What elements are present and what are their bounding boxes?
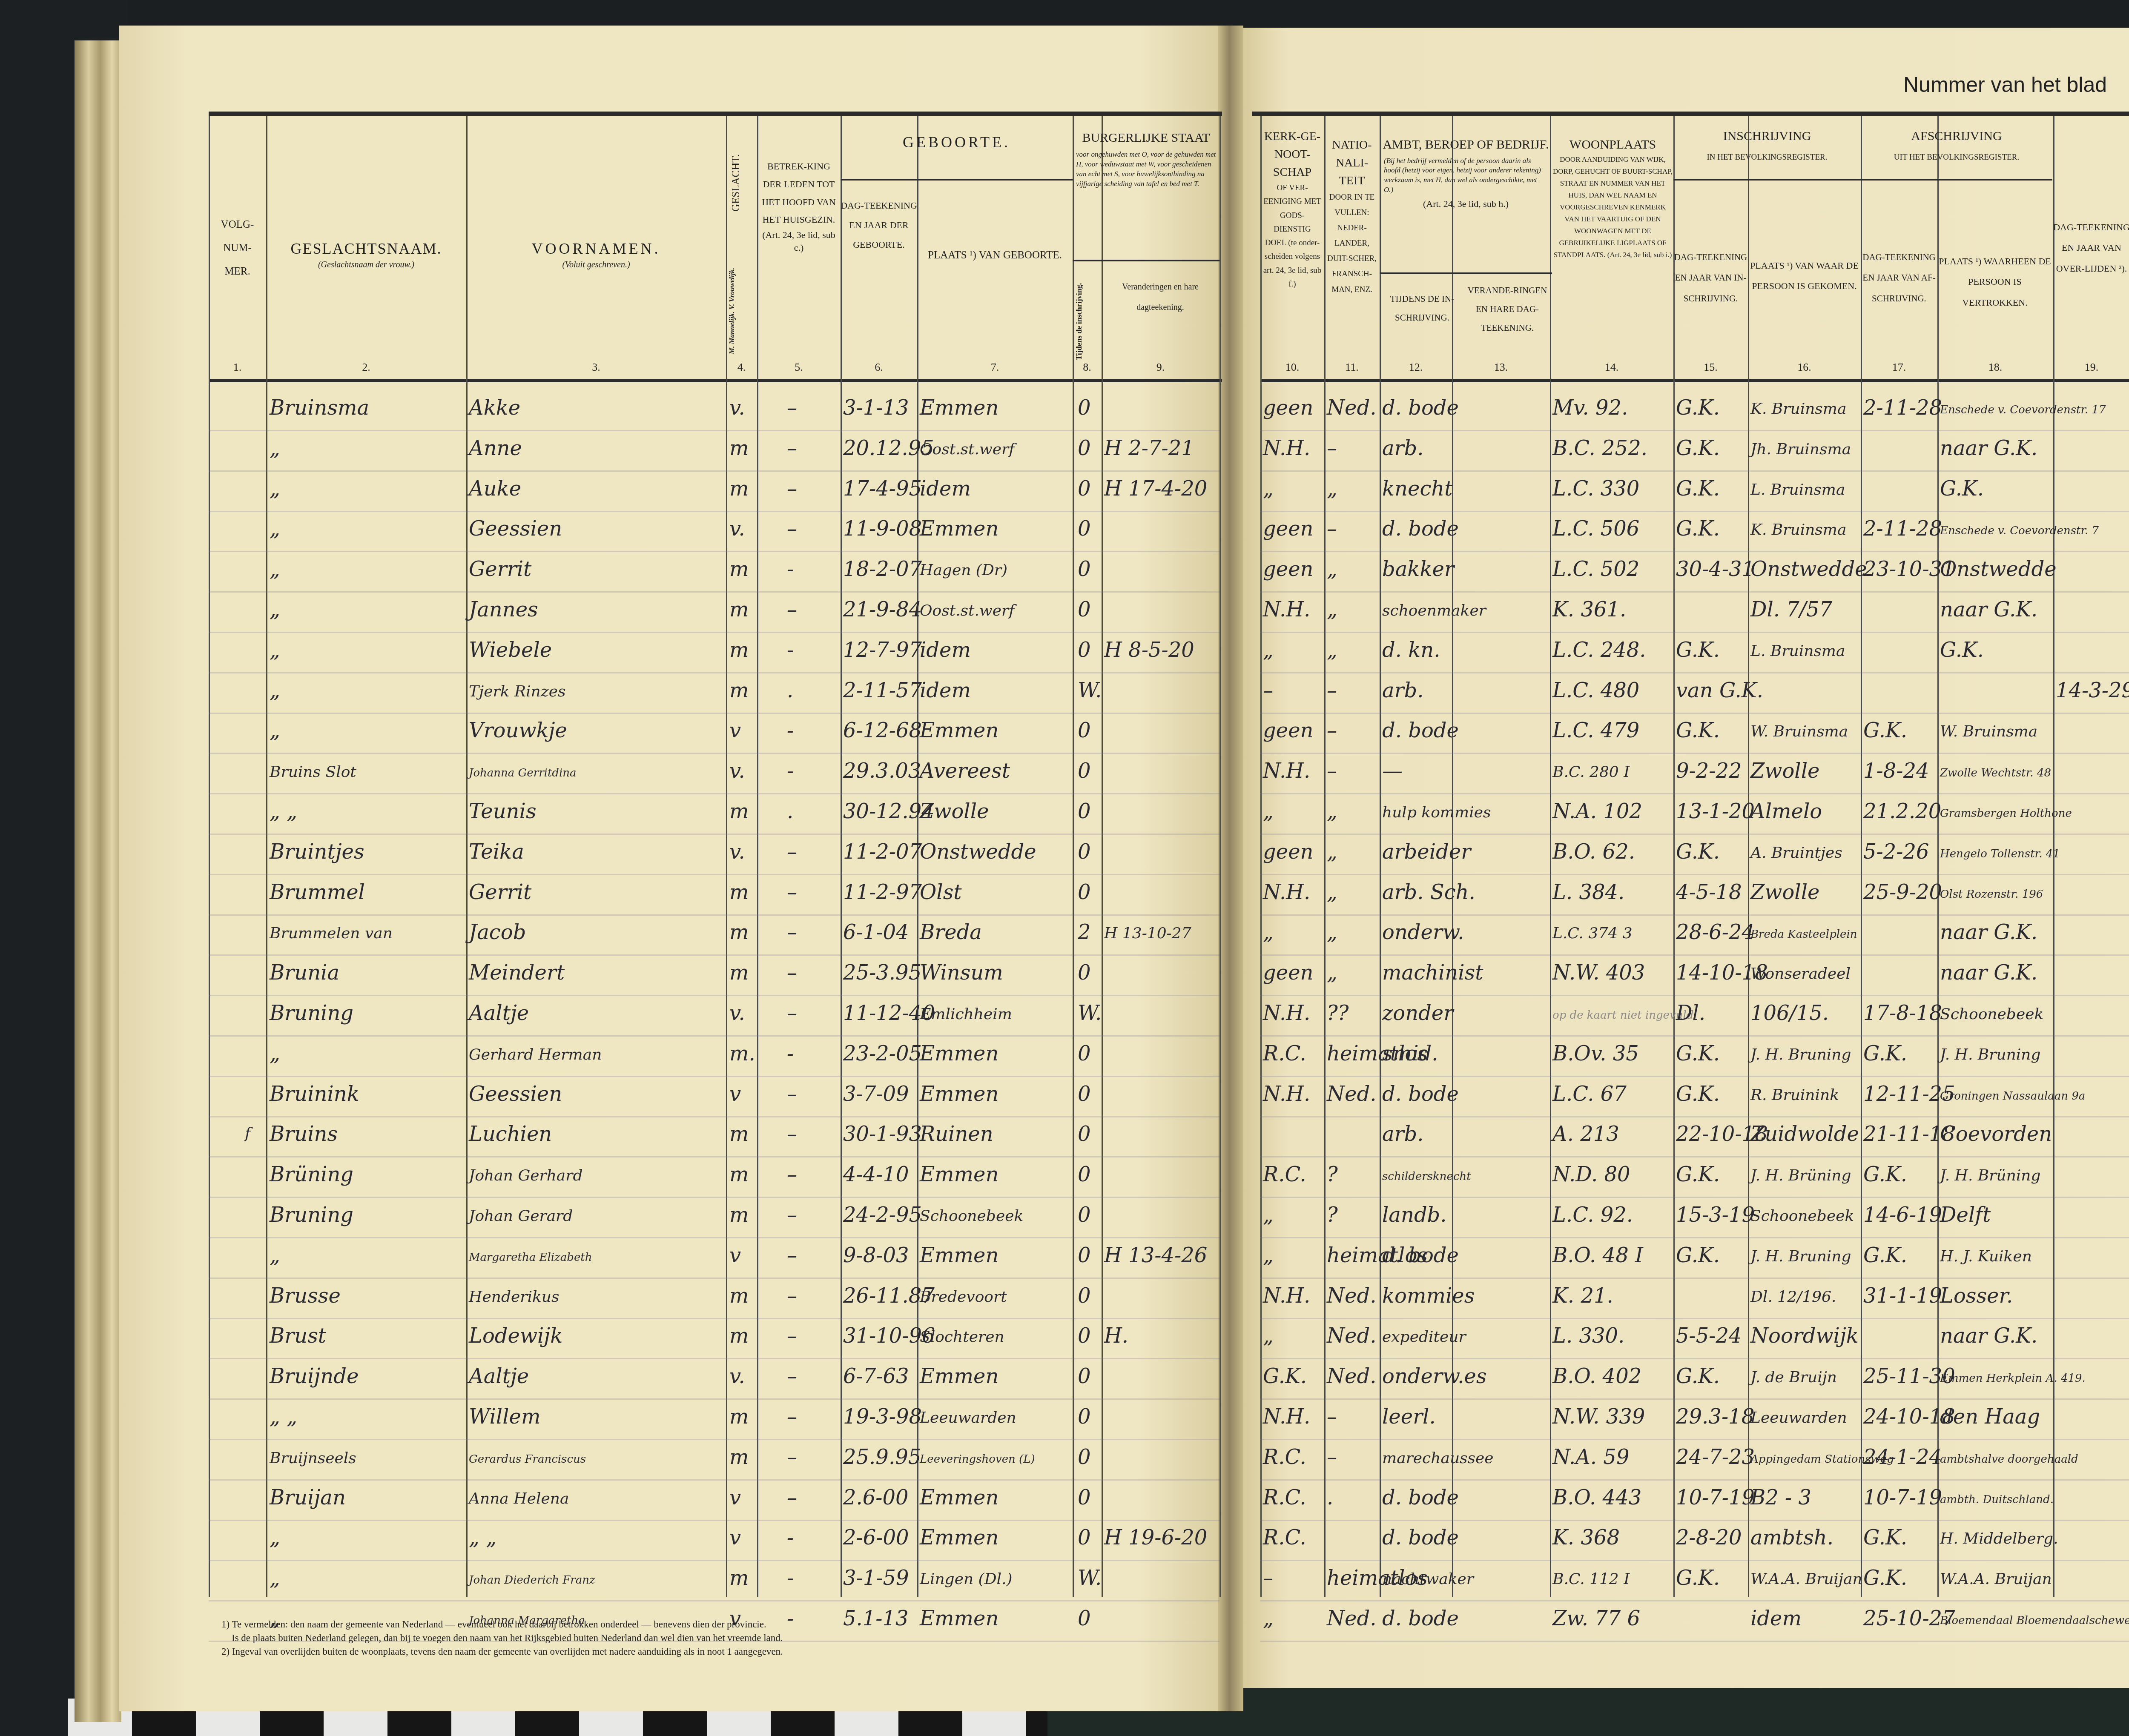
row-31-nationality: Ned. <box>1327 1607 1376 1630</box>
row-guide <box>209 954 1219 956</box>
row-29-birth-place: Emmen <box>920 1526 999 1550</box>
row-4-given-names: Geessien <box>469 517 562 541</box>
row-19-occupation: arb. <box>1382 1122 1424 1146</box>
row-14-nationality: „ <box>1327 920 1337 944</box>
row-25-occupation: onderw.es <box>1382 1364 1487 1388</box>
row-20-civil-status: 0 <box>1078 1163 1091 1186</box>
row-29-address: K. 368 <box>1552 1526 1620 1550</box>
row-13-deregistration-date: 25-9-20 <box>1863 880 1942 904</box>
row-6-birth-place: Oost.st.werf <box>920 602 1015 619</box>
row-27-civil-status: 0 <box>1078 1445 1091 1469</box>
row-11-surname: „ „ <box>270 799 297 823</box>
row-22-birth-date: 9-8-03 <box>843 1243 909 1267</box>
row-guide <box>209 1318 1219 1319</box>
row-24-nationality: Ned. <box>1327 1324 1376 1348</box>
row-12-occupation: arbeider <box>1382 840 1471 864</box>
row-21-registration-date: 15-3-19 <box>1676 1203 1755 1227</box>
row-13-registration-date: 4-5-18 <box>1676 880 1742 904</box>
inschrijving-group-rule <box>1673 179 1861 180</box>
row-26-registration-date: 29.3-18 <box>1676 1405 1754 1429</box>
row-guide <box>1260 954 2129 956</box>
row-28-address: B.O. 443 <box>1552 1486 1641 1510</box>
row-16-surname: Bruning <box>270 1001 353 1025</box>
row-19-relation-to-head: – <box>787 1122 797 1146</box>
row-9-birth-date: 6-12-68 <box>843 719 922 742</box>
row-5-registration-date: 30-4-31 <box>1676 557 1755 581</box>
row-29-registration-date: 2-8-20 <box>1676 1526 1742 1550</box>
row-guide <box>209 1560 1219 1561</box>
row-11-birth-place: Zwolle <box>920 799 989 823</box>
header-col-12: TIJDENS DE IN-SCHRIJVING. <box>1380 289 1465 327</box>
row-18-church: N.H. <box>1263 1082 1310 1106</box>
row-3-relation-to-head: – <box>787 477 797 501</box>
row-9-given-names: Vrouwkje <box>469 719 567 742</box>
column-number-4: 4. <box>726 361 757 374</box>
row-12-given-names: Teika <box>469 840 524 864</box>
row-9-registration-date: G.K. <box>1676 719 1720 742</box>
row-19-birth-date: 30-1-93 <box>843 1122 922 1146</box>
row-2-relation-to-head: – <box>787 436 797 460</box>
row-guide <box>1260 430 2129 431</box>
row-30-birth-date: 3-1-59 <box>843 1566 909 1590</box>
row-27-surname: Bruijnseels <box>270 1450 356 1467</box>
row-31-address: Zw. 77 6 <box>1552 1607 1640 1630</box>
row-16-registration-from: 106/15. <box>1750 1001 1829 1025</box>
row-3-occupation: knecht <box>1382 477 1453 501</box>
row-22-relation-to-head: – <box>787 1243 797 1267</box>
row-13-sex: m <box>729 880 749 904</box>
row-28-registration-from: B2 - 3 <box>1750 1486 1811 1510</box>
row-8-given-names: Tjerk Rinzes <box>469 683 566 700</box>
header-col-17: DAG-TEEKENING EN JAAR VAN AF-SCHRIJVING. <box>1861 247 1937 309</box>
row-guide <box>1260 1398 2129 1400</box>
header-col-3: VOORNAMEN. (Voluit geschreven.) <box>466 238 726 271</box>
row-9-relation-to-head: - <box>787 719 794 742</box>
row-12-sex: v. <box>729 840 745 864</box>
row-24-registration-from: Noordwijk <box>1750 1324 1859 1348</box>
row-5-registration-from: Onstwedde <box>1750 557 1867 581</box>
row-20-address: N.D. 80 <box>1552 1163 1630 1186</box>
row-14-relation-to-head: – <box>787 920 797 944</box>
row-16-deregistration-date: 17-8-18 <box>1863 1001 1942 1025</box>
row-14-sex: m <box>729 920 749 944</box>
row-guide <box>1260 1600 2129 1601</box>
header-col-15: DAG-TEEKENING EN JAAR VAN IN-SCHRIJVING. <box>1673 247 1748 309</box>
row-16-given-names: Aaltje <box>469 1001 529 1025</box>
row-30-registration-date: G.K. <box>1676 1566 1720 1590</box>
row-6-nationality: „ <box>1327 598 1337 622</box>
row-1-deregistration-to: Enschede v. Coevordenstr. 17 <box>1940 404 2106 416</box>
row-20-nationality: ? <box>1327 1163 1338 1186</box>
row-4-surname: „ <box>270 517 280 541</box>
row-25-surname: Bruijnde <box>270 1364 359 1388</box>
row-7-civil-status: 0 <box>1078 638 1091 662</box>
row-1-sex: v. <box>729 396 745 420</box>
row-guide <box>209 914 1219 916</box>
row-20-surname: Brüning <box>270 1163 353 1186</box>
row-19-address: A. 213 <box>1552 1122 1619 1146</box>
column-number-16: 16. <box>1748 361 1861 374</box>
row-15-birth-place: Winsum <box>920 961 1003 985</box>
row-guide <box>1260 1035 2129 1037</box>
row-26-relation-to-head: – <box>787 1405 797 1429</box>
row-24-given-names: Lodewijk <box>469 1324 562 1348</box>
row-24-address: L. 330. <box>1552 1324 1624 1348</box>
row-9-registration-from: W. Bruinsma <box>1750 723 1848 740</box>
row-18-surname: Bruinink <box>270 1082 359 1106</box>
row-30-deregistration-to: W.A.A. Bruijan <box>1940 1570 2052 1588</box>
row-16-address: op de kaart niet ingevuld <box>1552 1009 1693 1022</box>
row-29-church: R.C. <box>1263 1526 1306 1550</box>
row-26-occupation: leerl. <box>1382 1405 1436 1429</box>
column-number-1: 1. <box>209 361 266 374</box>
row-16-nationality: ?? <box>1327 1001 1349 1025</box>
row-6-surname: „ <box>270 598 280 622</box>
row-14-registration-date: 28-6-24 <box>1676 920 1755 944</box>
row-12-registration-from: A. Bruintjes <box>1750 844 1842 862</box>
row-guide <box>209 1035 1219 1037</box>
row-1-civil-status: 0 <box>1078 396 1091 420</box>
row-14-birth-place: Breda <box>920 920 982 944</box>
row-guide <box>209 1156 1219 1157</box>
row-11-registration-date: 13-1-20 <box>1676 799 1755 823</box>
column-divider <box>1380 116 1381 1597</box>
row-4-occupation: d. bode <box>1382 517 1459 541</box>
row-guide <box>1260 551 2129 552</box>
row-3-birth-place: idem <box>920 477 971 501</box>
row-19-surname: Bruins <box>270 1122 338 1146</box>
row-10-registration-date: 9-2-22 <box>1676 759 1742 783</box>
row-guide <box>1260 1237 2129 1238</box>
row-guide <box>209 511 1219 512</box>
row-13-nationality: „ <box>1327 880 1337 904</box>
row-4-birth-place: Emmen <box>920 517 999 541</box>
row-guide <box>209 1479 1219 1481</box>
row-31-occupation: d. bode <box>1382 1607 1459 1630</box>
row-7-civil-status-change: H 8-5-20 <box>1104 638 1194 662</box>
row-8-surname: „ <box>270 679 280 702</box>
row-29-birth-date: 2-6-00 <box>843 1526 909 1550</box>
row-25-birth-place: Emmen <box>920 1364 999 1388</box>
header-col-11: NATIO-NALI-TEIT DOOR IN TE VULLEN: NEDER… <box>1324 136 1380 298</box>
row-12-deregistration-date: 5-2-26 <box>1863 840 1929 864</box>
row-9-occupation: d. bode <box>1382 719 1459 742</box>
page-stack-edge <box>75 40 121 1722</box>
row-17-church: R.C. <box>1263 1042 1306 1066</box>
row-2-sex: m <box>729 436 749 460</box>
row-5-address: L.C. 502 <box>1552 557 1639 581</box>
row-17-deregistration-date: G.K. <box>1863 1042 1907 1066</box>
row-31-deregistration-to: Bloemendaal Bloemendaalscheweg 74 <box>1940 1614 2129 1627</box>
row-25-registration-from: J. de Bruijn <box>1750 1369 1837 1386</box>
row-25-address: B.O. 402 <box>1552 1364 1641 1388</box>
row-7-church: „ <box>1263 638 1274 662</box>
column-number-5: 5. <box>757 361 841 374</box>
row-3-deregistration-to: G.K. <box>1940 477 1984 501</box>
row-21-birth-date: 24-2-95 <box>843 1203 922 1227</box>
row-27-address: N.A. 59 <box>1552 1445 1629 1469</box>
row-guide <box>1260 995 2129 996</box>
row-guide <box>209 793 1219 794</box>
row-27-deregistration-date: 24-1-24 <box>1863 1445 1942 1469</box>
column-divider <box>1748 116 1749 1597</box>
ambt-group-rule <box>1380 272 1552 274</box>
row-guide <box>1260 1318 2129 1319</box>
row-24-birth-place: Slochteren <box>920 1328 1004 1346</box>
row-21-address: L.C. 92. <box>1552 1203 1633 1227</box>
row-2-civil-status: 0 <box>1078 436 1091 460</box>
row-10-given-names: Johanna Gerritdina <box>469 767 577 779</box>
row-17-occupation: smid. <box>1382 1042 1438 1066</box>
row-18-nationality: Ned. <box>1327 1082 1376 1106</box>
row-3-sex: m <box>729 477 749 501</box>
row-31-church: „ <box>1263 1607 1274 1630</box>
row-15-church: geen <box>1263 961 1313 985</box>
row-guide <box>1260 1479 2129 1481</box>
row-26-address: N.W. 339 <box>1552 1405 1645 1429</box>
row-14-address: L.C. 374 3 <box>1552 925 1633 942</box>
column-divider <box>1219 116 1221 1597</box>
row-22-address: B.O. 48 I <box>1552 1243 1643 1267</box>
row-22-sex: v <box>729 1243 741 1267</box>
header-col-14: WOONPLAATS DOOR AANDUIDING VAN WIJK, DOR… <box>1552 136 1673 261</box>
row-11-registration-from: Almelo <box>1750 799 1822 823</box>
row-25-given-names: Aaltje <box>469 1364 529 1388</box>
row-9-church: geen <box>1263 719 1313 742</box>
row-29-surname: „ <box>270 1526 280 1550</box>
column-number-6: 6. <box>841 361 917 374</box>
row-4-relation-to-head: – <box>787 517 797 541</box>
row-guide <box>209 1398 1219 1400</box>
row-10-relation-to-head: - <box>787 759 794 783</box>
row-19-deregistration-to: Coevorden <box>1940 1122 2052 1146</box>
row-30-relation-to-head: - <box>787 1566 794 1590</box>
row-8-civil-status: W. <box>1078 679 1102 702</box>
row-guide <box>209 470 1219 472</box>
row-14-civil-status-change: H 13-10-27 <box>1104 925 1191 942</box>
row-1-birth-place: Emmen <box>920 396 999 420</box>
row-guide <box>1260 834 2129 835</box>
row-6-sex: m <box>729 598 749 622</box>
row-10-deregistration-date: 1-8-24 <box>1863 759 1929 783</box>
row-4-registration-from: K. Bruinsma <box>1750 521 1846 539</box>
row-17-registration-from: J. H. Bruning <box>1750 1046 1851 1063</box>
row-18-given-names: Geessien <box>469 1082 562 1106</box>
header-top-rule-right <box>1252 112 2129 116</box>
row-2-deregistration-to: naar G.K. <box>1940 436 2037 460</box>
row-28-nationality: . <box>1327 1486 1333 1510</box>
row-22-church: „ <box>1263 1243 1274 1267</box>
row-30-deregistration-date: G.K. <box>1863 1566 1907 1590</box>
row-16-sex: v. <box>729 1001 745 1025</box>
row-1-deregistration-date: 2-11-28 <box>1863 396 1942 420</box>
burgerlijke-group-rule <box>1073 260 1219 261</box>
row-24-civil-status: 0 <box>1078 1324 1091 1348</box>
row-16-birth-place: Emlichheim <box>920 1006 1012 1023</box>
header-col-10: KERK-GE-NOOT-SCHAP OF VER-EENIGING MET G… <box>1262 128 1322 291</box>
row-24-sex: m <box>729 1324 749 1348</box>
header-group-inschrijving: INSCHRIJVING IN HET BEVOLKINGSREGISTER. <box>1673 128 1861 163</box>
row-21-civil-status: 0 <box>1078 1203 1091 1227</box>
column-divider <box>841 116 842 1597</box>
row-29-occupation: d. bode <box>1382 1526 1459 1550</box>
row-guide <box>209 1278 1219 1279</box>
column-divider <box>757 116 758 1597</box>
row-24-surname: Brust <box>270 1324 326 1348</box>
row-4-civil-status: 0 <box>1078 517 1091 541</box>
row-guide <box>209 1439 1219 1440</box>
row-28-given-names: Anna Helena <box>469 1490 569 1507</box>
row-26-registration-from: Leeuwarden <box>1750 1409 1847 1427</box>
row-10-civil-status: 0 <box>1078 759 1091 783</box>
column-number-18: 18. <box>1937 361 2053 374</box>
row-4-address: L.C. 506 <box>1552 517 1639 541</box>
row-14-given-names: Jacob <box>469 920 526 944</box>
row-26-deregistration-to: den Haag <box>1940 1405 2040 1429</box>
row-guide <box>209 995 1219 996</box>
row-27-birth-date: 25.9.95 <box>843 1445 921 1469</box>
row-15-relation-to-head: – <box>787 961 797 985</box>
row-11-given-names: Teunis <box>469 799 537 823</box>
row-15-nationality: „ <box>1327 961 1337 985</box>
header-col-4-sub: M. Mannelijk. V. Vrouwelijk. <box>727 264 753 358</box>
row-guide <box>209 591 1219 593</box>
header-col-1: VOLG- NUM- MER. <box>209 213 266 283</box>
row-13-surname: Brummel <box>270 880 365 904</box>
row-13-occupation: arb. Sch. <box>1382 880 1475 904</box>
row-14-deregistration-to: naar G.K. <box>1940 920 2037 944</box>
row-30-surname: „ <box>270 1566 280 1590</box>
row-10-birth-place: Avereest <box>920 759 1010 783</box>
row-8-sex: m <box>729 679 749 702</box>
header-group-ambt: AMBT, BEROEP OF BEDRIJF. (Bij het bedrij… <box>1380 136 1552 210</box>
column-divider <box>266 116 267 1597</box>
row-5-church: geen <box>1263 557 1313 581</box>
column-number-2: 2. <box>266 361 466 374</box>
row-9-address: L.C. 479 <box>1552 719 1639 742</box>
row-12-birth-place: Onstwedde <box>920 840 1036 864</box>
row-26-sex: m <box>729 1405 749 1429</box>
row-11-church: „ <box>1263 799 1274 823</box>
row-22-surname: „ <box>270 1243 280 1267</box>
row-7-sex: m <box>729 638 749 662</box>
row-guide <box>209 1197 1219 1198</box>
row-7-given-names: Wiebele <box>469 638 552 662</box>
row-24-registration-date: 5-5-24 <box>1676 1324 1742 1348</box>
row-1-occupation: d. bode <box>1382 396 1459 420</box>
row-30-church: – <box>1263 1566 1273 1590</box>
row-2-nationality: – <box>1327 436 1337 460</box>
row-5-sex: m <box>729 557 749 581</box>
row-6-given-names: Jannes <box>469 598 538 622</box>
row-23-registration-from: Dl. 12/196. <box>1750 1288 1836 1306</box>
sheet-number-label: Nummer van het blad <box>1903 72 2107 97</box>
row-18-registration-date: G.K. <box>1676 1082 1720 1106</box>
row-18-relation-to-head: – <box>787 1082 797 1106</box>
row-6-church: N.H. <box>1263 598 1310 622</box>
row-1-address: Mv. 92. <box>1552 396 1628 420</box>
header-col-6: DAG-TEEKENING EN JAAR DER GEBOORTE. <box>841 196 917 255</box>
row-9-deregistration-date: G.K. <box>1863 719 1907 742</box>
row-guide <box>1260 1156 2129 1157</box>
row-26-surname: „ „ <box>270 1405 297 1429</box>
row-4-nationality: – <box>1327 517 1337 541</box>
footnote-2: 2) Ingeval van overlijden buiten de woon… <box>221 1645 1009 1659</box>
row-11-deregistration-date: 21.2.20 <box>1863 799 1941 823</box>
row-5-given-names: Gerrit <box>469 557 531 581</box>
row-24-relation-to-head: – <box>787 1324 797 1348</box>
row-10-deregistration-to: Zwolle Wechtstr. 48 <box>1940 767 2051 779</box>
row-18-address: L.C. 67 <box>1552 1082 1627 1106</box>
row-guide <box>209 1358 1219 1359</box>
row-8-relation-to-head: . <box>787 679 793 702</box>
column-number-9: 9. <box>1102 361 1219 374</box>
row-3-registration-date: G.K. <box>1676 477 1720 501</box>
row-22-registration-date: G.K. <box>1676 1243 1720 1267</box>
row-6-civil-status: 0 <box>1078 598 1091 622</box>
row-21-nationality: ? <box>1327 1203 1338 1227</box>
row-guide <box>1260 1560 2129 1561</box>
row-16-registration-date: Dl. <box>1676 1001 1705 1025</box>
row-8-church: – <box>1263 679 1273 702</box>
column-divider <box>1550 116 1551 1597</box>
row-30-given-names: Johan Diederich Franz <box>469 1574 595 1587</box>
row-19-civil-status: 0 <box>1078 1122 1091 1146</box>
row-30-civil-status: W. <box>1078 1566 1102 1590</box>
row-6-registration-from: Dl. 7/57 <box>1750 598 1832 622</box>
row-7-occupation: d. kn. <box>1382 638 1440 662</box>
row-8-nationality: – <box>1327 679 1337 702</box>
row-7-deregistration-to: G.K. <box>1940 638 1984 662</box>
row-13-relation-to-head: – <box>787 880 797 904</box>
row-28-relation-to-head: – <box>787 1486 797 1510</box>
row-18-occupation: d. bode <box>1382 1082 1459 1106</box>
row-29-sex: v <box>729 1526 741 1550</box>
header-group-afschrijving: AFSCHRIJVING UIT HET BEVOLKINGSREGISTER. <box>1861 128 2052 163</box>
row-3-given-names: Auke <box>469 477 521 501</box>
row-20-sex: m <box>729 1163 749 1186</box>
header-col-4: GESLACHT. <box>729 140 750 226</box>
row-2-registration-date: G.K. <box>1676 436 1720 460</box>
row-24-civil-status-change: H. <box>1104 1324 1128 1348</box>
row-17-surname: „ <box>270 1042 280 1066</box>
row-guide <box>209 430 1219 431</box>
column-number-14: 14. <box>1550 361 1673 374</box>
row-10-birth-date: 29.3.03 <box>843 759 921 783</box>
row-22-occupation: d. bode <box>1382 1243 1459 1267</box>
row-guide <box>1260 1358 2129 1359</box>
row-14-registration-from: Breda Kasteelplein <box>1750 928 1857 941</box>
row-20-occupation: schildersknecht <box>1382 1170 1471 1183</box>
row-15-birth-date: 25-3.95 <box>843 961 921 985</box>
row-15-surname: Brunia <box>270 961 339 985</box>
column-divider <box>466 116 468 1597</box>
row-20-deregistration-date: G.K. <box>1863 1163 1907 1186</box>
row-3-registration-from: L. Bruinsma <box>1750 481 1845 498</box>
row-26-birth-place: Leeuwarden <box>920 1409 1016 1427</box>
row-17-relation-to-head: - <box>787 1042 794 1066</box>
geboorte-group-rule <box>841 179 1073 180</box>
row-15-registration-from: Wonseradeel <box>1750 965 1851 983</box>
row-23-church: N.H. <box>1263 1284 1310 1308</box>
row-3-address: L.C. 330 <box>1552 477 1639 501</box>
row-23-occupation: kommies <box>1382 1284 1475 1308</box>
row-23-address: K. 21. <box>1552 1284 1613 1308</box>
row-9-nationality: – <box>1327 719 1337 742</box>
row-guide <box>209 1116 1219 1117</box>
footnotes: 1) Te vermelden: den naam der gemeente v… <box>221 1618 1009 1659</box>
row-16-deregistration-to: Schoonebeek <box>1940 1006 2043 1023</box>
